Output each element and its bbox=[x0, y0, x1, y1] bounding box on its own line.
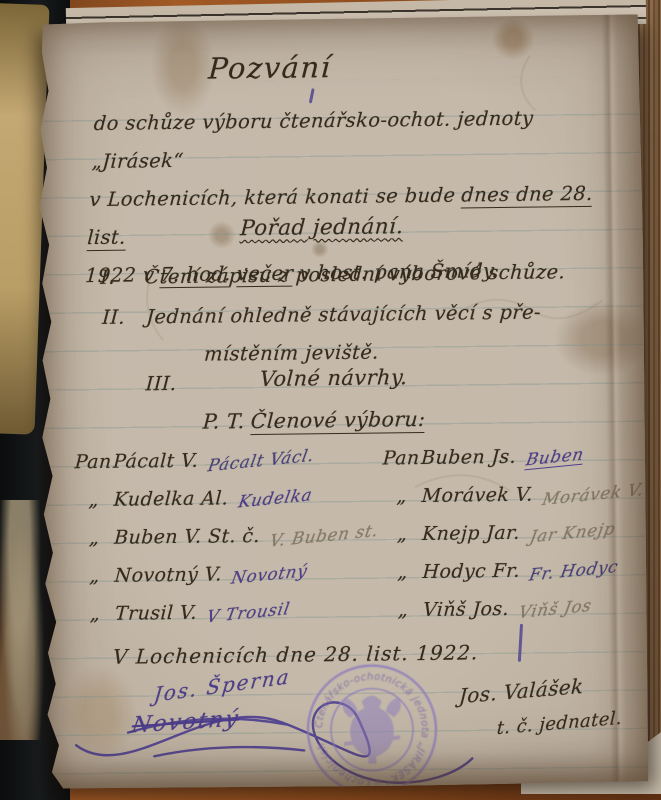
stamp-eagle-emblem-icon bbox=[342, 695, 401, 764]
member-row: „Buben V. St. č.V. Buben st. bbox=[73, 524, 379, 566]
photo-of-handwritten-minutes: Pozvání do schůze výboru čtenářsko-ochot… bbox=[0, 0, 661, 800]
member-signature: Morávek V. bbox=[541, 480, 646, 509]
member-signature: Novotný bbox=[230, 561, 309, 588]
member-row: PanBuben Js.Buben bbox=[380, 444, 645, 485]
document-title: Pozvání bbox=[83, 49, 457, 88]
member-name: Novotný V. bbox=[114, 563, 223, 586]
stray-ink-mark bbox=[309, 88, 315, 103]
member-signature: Buben bbox=[524, 444, 585, 470]
member-name: Knejp Jar. bbox=[422, 522, 521, 545]
member-signature: Viňš Jos bbox=[517, 596, 593, 623]
member-row: „Viňš Jos.Viňš Jos bbox=[382, 596, 647, 637]
secretary-signature: Jos. Valášek bbox=[458, 666, 661, 708]
committee-heading-underlined: Členové výboru: bbox=[250, 407, 426, 435]
committee-member-list: PanPácalt V.Pácalt Václ. „Kudelka Al.Kud… bbox=[73, 444, 631, 641]
member-signature: Fr. Hodyc bbox=[528, 557, 620, 585]
member-column-right: PanBuben Js.Buben „Morávek V.Morávek V. … bbox=[381, 444, 646, 637]
invitation-line-1: do schůze výboru čtenářsko-ochot. jednot… bbox=[91, 99, 623, 182]
member-row: „Trusil V.V Trousil bbox=[74, 600, 380, 642]
member-name: Pácalt V. bbox=[113, 450, 199, 473]
member-signature: V Trousil bbox=[205, 599, 291, 627]
torn-paper-debris bbox=[0, 500, 44, 740]
member-name: Buben Js. bbox=[421, 446, 517, 469]
committee-heading: P. T.Členové výboru: bbox=[88, 406, 541, 436]
member-signature: V. Buben st. bbox=[268, 521, 380, 551]
member-name: Kudelka Al. bbox=[113, 487, 229, 510]
agenda-item-2-numeral: II. bbox=[101, 298, 147, 337]
agenda-item-2-text-line1: Jednání ohledně stávajících věcí s pře- bbox=[146, 301, 542, 329]
club-stamp-seal: Čtenářsko-ochotnická jednota „JIRÁSEK“ v… bbox=[299, 657, 445, 800]
member-signature: Pácalt Václ. bbox=[206, 446, 316, 476]
member-row: PanPácalt V.Pácalt Václ. bbox=[72, 448, 378, 490]
handwritten-content: Pozvání do schůze výboru čtenářsko-ochot… bbox=[83, 15, 624, 791]
member-name: Viňš Jos. bbox=[423, 598, 510, 621]
member-row: „Morávek V.Morávek V. bbox=[380, 482, 645, 523]
member-row: „Kudelka Al.Kudelka bbox=[72, 486, 378, 528]
agenda-item-3-text: Volné návrhy. bbox=[87, 363, 580, 393]
agenda-item-1: I.Čtení zápisu z poslední výborové schůz… bbox=[99, 253, 619, 297]
member-row: „Hodyc Fr.Fr. Hodyc bbox=[381, 558, 646, 599]
member-row: „Novotný V.Novotný bbox=[73, 562, 379, 604]
member-name: Buben V. St. č. bbox=[114, 525, 261, 549]
member-row: „Knejp Jar.Jar Knejp bbox=[381, 520, 646, 561]
notebook-page: Pozvání do schůze výboru čtenářsko-ochot… bbox=[29, 14, 650, 791]
member-column-left: PanPácalt V.Pácalt Václ. „Kudelka Al.Kud… bbox=[73, 448, 380, 642]
member-signature: Kudelka bbox=[237, 485, 314, 512]
member-name: Trusil V. bbox=[114, 602, 197, 625]
committee-salutation: P. T. bbox=[202, 409, 245, 434]
agenda-item-1-text: Čtení zápisu z poslední výborové schůze. bbox=[144, 260, 566, 288]
member-signature: Jar Knejp bbox=[528, 519, 617, 547]
secretary-role: t. č. jednatel. bbox=[496, 703, 661, 739]
member-name: Morávek V. bbox=[421, 484, 534, 507]
member-name: Hodyc Fr. bbox=[422, 560, 521, 583]
agenda-item-1-numeral: I. bbox=[99, 258, 145, 297]
